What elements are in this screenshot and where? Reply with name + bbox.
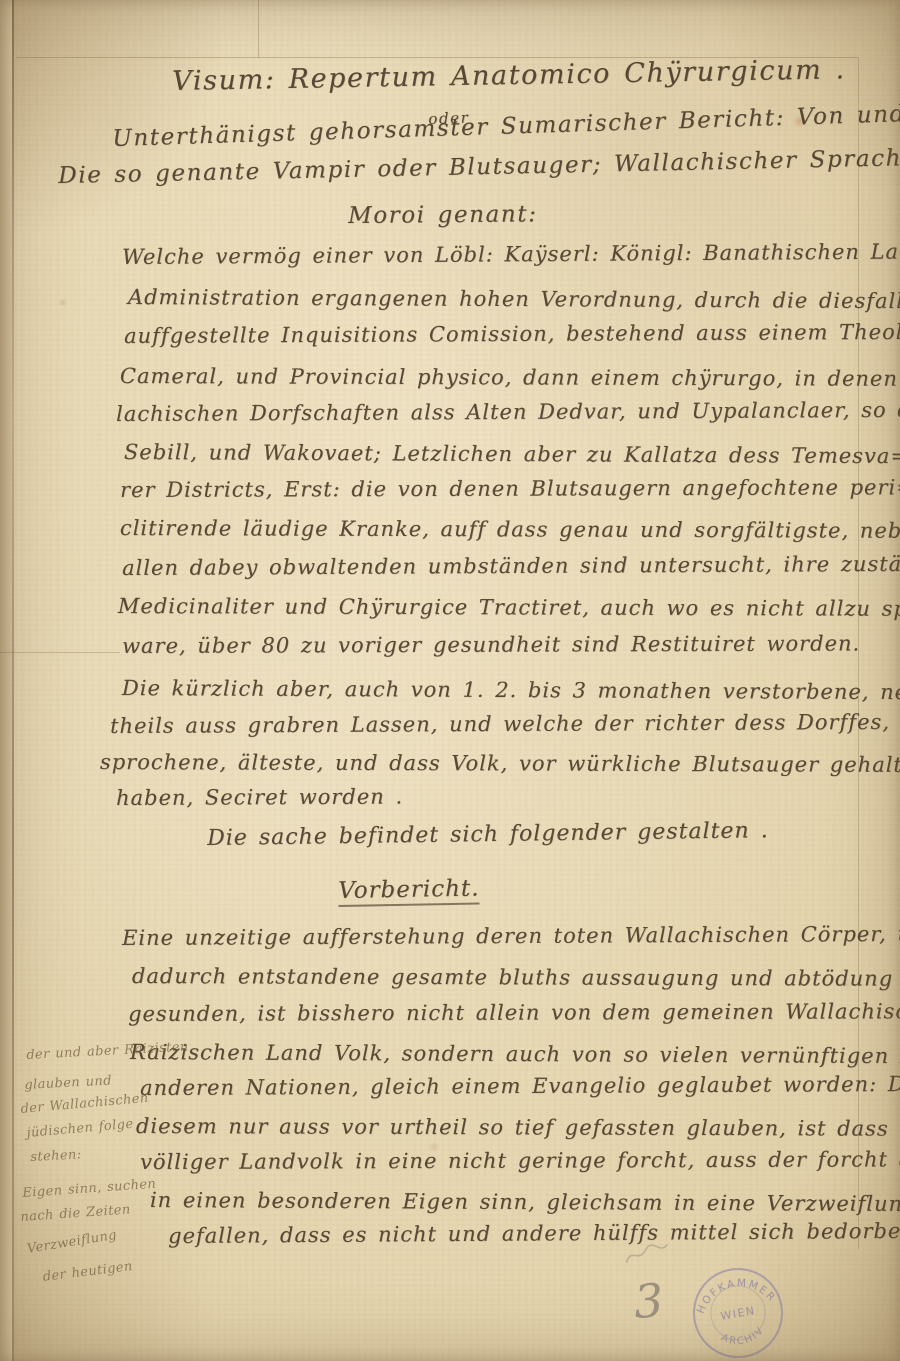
margin-note: jüdischen folge (26, 1117, 134, 1141)
body-line: Welche vermög einer von Löbl: Kaÿserl: K… (122, 239, 900, 269)
body-line: anderen Nationen, gleich einem Evangelio… (140, 1072, 900, 1100)
margin-note: der heutigen (42, 1259, 134, 1285)
title-line: Visum: Repertum Anatomico Chÿrurgicum . (172, 54, 846, 97)
body-line: Cameral, und Provincial physico, dann ei… (120, 364, 900, 391)
body-line: diesem nur auss vor urtheil so tief gefa… (136, 1114, 889, 1141)
manuscript-page: Visum: Repertum Anatomico Chÿrurgicum .o… (0, 0, 900, 1361)
body-line: clitirende läudige Kranke, auff dass gen… (120, 516, 900, 543)
page-edge-left (0, 0, 12, 1361)
body-line: lachischen Dorfschaften alss Alten Dedva… (116, 398, 900, 426)
title-line: Unterthänigst gehorsamster Sumarischer B… (112, 99, 900, 152)
body-line: auffgestellte Inquisitions Comission, be… (124, 320, 900, 348)
margin-note: nach die Zeiten (20, 1202, 131, 1225)
heading-line: Vorbericht. (338, 876, 480, 907)
body-line: völliger Landvolk in eine nicht geringe … (140, 1147, 900, 1174)
body-line: dadurch entstandene gesamte bluths aussa… (132, 964, 900, 991)
body-line: rer Districts, Erst: die von denen Bluts… (120, 475, 900, 502)
title-line: Die so genante Vampir oder Blutsauger; W… (58, 145, 900, 189)
margin-note: glauben und (24, 1073, 112, 1093)
archive-stamp: HOFKAMMER WIEN ARCHIV (684, 1259, 793, 1361)
title-line: Moroi genant: (348, 201, 538, 229)
body-line: gefallen, dass es nicht und andere hülff… (168, 1218, 900, 1248)
stain (58, 298, 68, 307)
margin-note: Eigen sinn, suchen (22, 1177, 157, 1201)
body-line: gesunden, ist bisshero nicht allein von … (128, 999, 900, 1026)
divider-line: Die sache befindet sich folgender gestal… (207, 818, 769, 851)
margin-note: stehen: (30, 1147, 82, 1165)
body-line: haben, Seciret worden . (116, 784, 403, 810)
body-line: theils auss grabren Lassen, und welche d… (110, 710, 900, 738)
body-line: Raizischen Land Volk, sondern auch von s… (130, 1040, 900, 1069)
stamp-text-bottom: ARCHIV (718, 1323, 769, 1350)
margin-note: Verzweiflung (26, 1228, 118, 1257)
body-line: Administration ergangenen hohen Verordnu… (128, 285, 900, 313)
body-line: in einen besonderen Eigen sinn, gleichsa… (150, 1188, 900, 1216)
fold-crease-middle (0, 652, 120, 653)
body-line: Medicinaliter und Chÿrurgice Tractiret, … (118, 594, 900, 621)
body-line: Die kürzlich aber, auch von 1. 2. bis 3 … (122, 676, 900, 704)
pencil-mark (623, 1242, 671, 1269)
body-line: allen dabey obwaltenden umbständen sind … (122, 552, 900, 580)
stamp-text-center: WIEN (720, 1304, 757, 1323)
body-line: Sebill, und Wakovaet; Letzlichen aber zu… (124, 440, 900, 468)
body-line: Eine unzeitige aufferstehung deren toten… (122, 921, 900, 950)
binding-crease (12, 0, 14, 1361)
svg-text:ARCHIV: ARCHIV (718, 1323, 769, 1350)
body-line: ware, über 80 zu voriger gesundheit sind… (122, 631, 860, 658)
margin-note: der Wallachischen (20, 1091, 149, 1117)
body-line: sprochene, älteste, und dass Volk, vor w… (100, 750, 900, 777)
page-number: 3 (632, 1273, 665, 1329)
fold-crease-top (258, 0, 259, 58)
